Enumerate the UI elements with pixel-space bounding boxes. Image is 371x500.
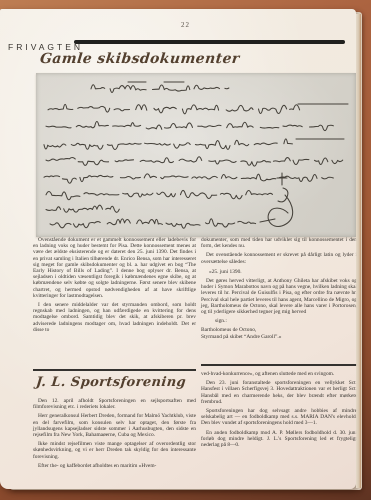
signature-label: sign.: [201, 318, 357, 324]
paragraph: dokumenter, som med tiden har udviklet s… [201, 237, 357, 249]
paragraph: Den 23. juni foranstaltede sportsforenin… [201, 380, 357, 405]
section-divider-left [33, 369, 196, 371]
manuscript-dash-to-signature [260, 219, 275, 222]
article1-left-column: Ovenstående dokument er et gammelt konno… [33, 237, 196, 336]
manuscript-text-line [50, 219, 256, 228]
manuscript-text-line [44, 174, 333, 183]
signature-role: Styrmand på skibet “Andre Garoll”.» [201, 334, 357, 340]
paragraph: Herr generalkonsul Herbert Dreden, forma… [33, 413, 196, 438]
paragraph: Den 12. april afholdt Sportsforeningen e… [33, 398, 196, 410]
paragraph: ved-hvad-konkurrence», og aftenen slutte… [201, 371, 357, 377]
masthead-rule [74, 40, 345, 44]
manuscript-cross-mark [277, 173, 287, 185]
manuscript-text-line [48, 104, 348, 114]
manuscript-text-line [46, 121, 333, 130]
manuscript-text-line [46, 205, 119, 212]
manuscript-scan-image [36, 73, 356, 237]
paragraph: Ovenstående dokument er et gammelt konno… [33, 237, 196, 299]
article1-title: Gamle skibsdokumenter [39, 51, 240, 67]
article2-title: J. L. Sportsforening [35, 375, 187, 390]
manuscript-text-line [46, 190, 273, 199]
manuscript-initial-mark [278, 188, 288, 202]
manuscript-text-line [44, 139, 344, 150]
paragraph: En anden fodboldkamp mod A. P. Møllers f… [201, 430, 357, 449]
paragraph: Ikke mindst rejsefilmen viste mange opta… [33, 441, 196, 460]
magazine-page: 22 FRIVAGTEN Gamle skibsdokumenter Ovens… [0, 9, 356, 489]
page-number: 22 [0, 21, 371, 29]
manuscript-text-line [46, 157, 343, 166]
manuscript-text-line [91, 85, 229, 93]
paragraph: Sportsforeningen har dog selvsagt andre … [201, 408, 357, 427]
paragraph: Det ovenstående konnossement er skrevet … [201, 252, 357, 264]
paragraph: Efter the- og kaffebordet afholdtes en m… [33, 463, 196, 469]
paragraph: I den senere middelalder var det styrman… [33, 302, 196, 333]
article1-right-column: dokumenter, som med tiden har udviklet s… [201, 237, 357, 340]
manuscript-handwriting [36, 73, 356, 237]
page-edge-strip [356, 14, 361, 488]
article2-right-column: ved-hvad-konkurrence», og aftenen slutte… [201, 371, 357, 451]
photo-of-magazine-page: 22 FRIVAGTEN Gamle skibsdokumenter Ovens… [0, 0, 371, 500]
quote-dateline: «25. juni 1390. [201, 269, 357, 275]
paragraph: Det gøres herved vitterligt, at Anthony … [201, 278, 357, 315]
manuscript-flourish-loop [268, 195, 293, 227]
section-divider-right [201, 364, 357, 366]
article2-left-column: Den 12. april afholdt Sportsforeningen e… [33, 398, 196, 472]
